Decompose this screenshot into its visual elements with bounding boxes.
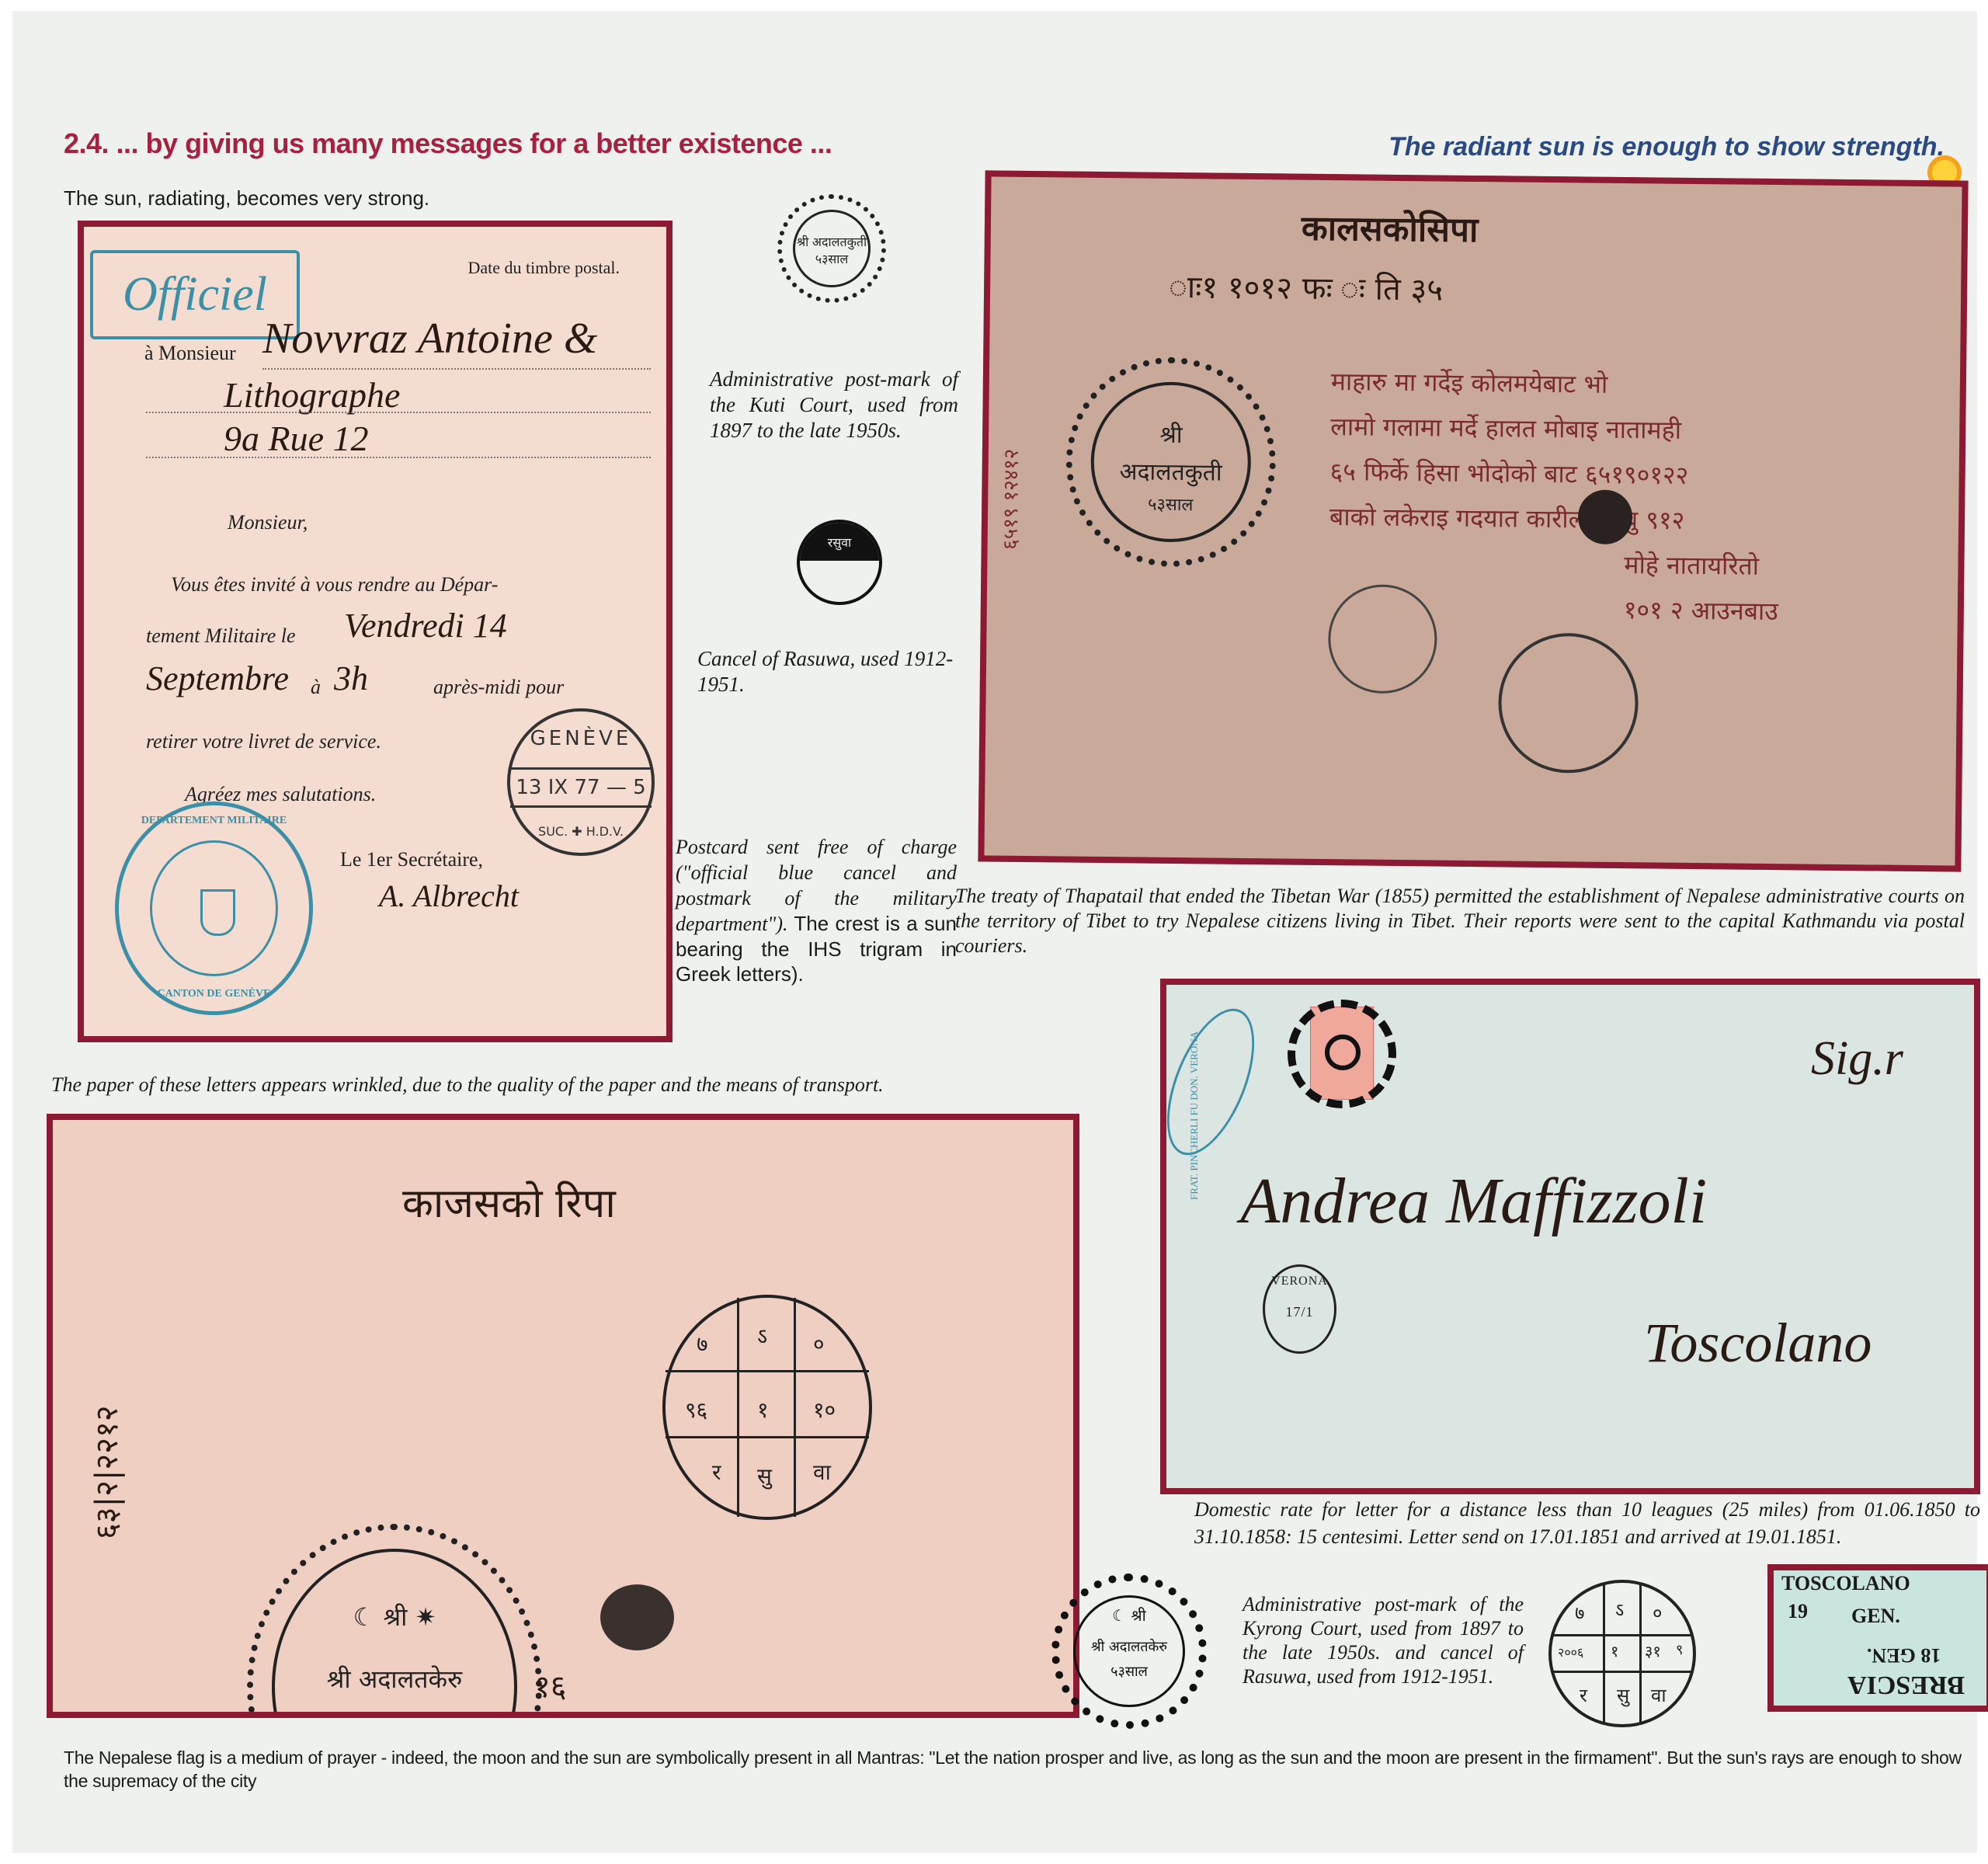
caption-wrinkled: The paper of these letters appears wrink… <box>51 1073 884 1097</box>
body-line-2: tement Militaire le <box>146 624 296 648</box>
footer-note: The Nepalese flag is a medium of prayer … <box>64 1746 1974 1793</box>
section-title: 2.4. ... by giving us many messages for … <box>64 127 832 160</box>
destination: Toscolano <box>1644 1311 1872 1375</box>
tibet-court-cover: कालसकोसिपा ाः१ १०१२ फः ः ति ३५ ६५१९ १२४१… <box>978 170 1968 871</box>
caption-domestic-rate: Domestic rate for letter for a distance … <box>1194 1496 1980 1550</box>
signature-title: Le 1er Secrétaire, <box>340 848 483 871</box>
addressee-name: Andrea Maffizzoli <box>1240 1163 1707 1239</box>
caption-kuti: Administrative post-mark of the Kuti Cou… <box>710 367 958 443</box>
addressee-title: Sig.r <box>1811 1031 1903 1087</box>
faint-cancel <box>1498 632 1639 774</box>
austria-15-centesimi-stamp <box>1310 1007 1374 1100</box>
dotted-line <box>146 457 651 458</box>
section-subtitle: The sun, radiating, becomes very strong. <box>64 186 429 210</box>
dotted-line <box>146 412 651 413</box>
caption-rasuwa: Cancel of Rasuwa, used 1912-1951. <box>697 646 961 697</box>
kuti-court-postmark: श्री अदालतकुती ५३साल <box>777 194 886 303</box>
salutation: Monsieur, <box>228 511 308 534</box>
kyrong-court-cover: काजसको रिपा ६३|२|२२१२ ☾ श्री ✷ श्री अदाल… <box>47 1114 1079 1718</box>
rasuwa-grid-cancel: ७ ऽ ० ९६ १ १० र सु वा <box>662 1295 872 1520</box>
motto-heading: The radiant sun is enough to show streng… <box>1388 132 1945 162</box>
date-label: Date du timbre postal. <box>467 258 620 278</box>
body-line-3-mid: à <box>311 676 321 699</box>
kyrong-court-postmark: ☾ श्री श्री अदालतकेरु ५३साल <box>1051 1574 1207 1729</box>
verona-letter: FRAT. PINCHERLI FU DON. VERONA Sig.r And… <box>1160 979 1980 1494</box>
addressee-prefix: à Monsieur <box>144 342 236 365</box>
signature: A. Albrecht <box>379 878 519 914</box>
kuti-court-seal: श्री अदालतकुती ५३साल <box>1065 356 1277 569</box>
handwritten-hour: 3h <box>334 659 368 698</box>
addressee-street: 9a Rue 12 <box>224 418 369 459</box>
cover-text-lines: माहारु मा गर्देइ कोलमयेबाट भो लामो गलामा… <box>1329 359 1938 635</box>
handwritten-month: Septembre <box>146 659 289 698</box>
body-line-3-suffix: après-midi pour <box>433 676 564 699</box>
toscolano-brescia-postmark: TOSCOLANO 19 GEN. 18 GEN. BRESCIA <box>1767 1564 1988 1712</box>
faint-cancel <box>1328 584 1437 694</box>
sun-crest-icon <box>200 889 235 936</box>
caption-postcard: Postcard sent free of charge ("official … <box>676 834 957 986</box>
handwritten-day: Vendredi 14 <box>344 606 507 645</box>
verona-postmark: VERONA 17/1 <box>1263 1264 1336 1354</box>
rasuwa-cancel: रसुवा <box>797 520 882 605</box>
caption-treaty: The treaty of Thapatail that ended the T… <box>955 884 1965 958</box>
addressee-occupation: Lithographe <box>224 374 400 416</box>
military-department-seal: DEPARTEMENT MILITAIRE CANTON DE GENÈVE <box>115 802 313 1015</box>
geneva-postcard: Officiel Date du timbre postal. à Monsie… <box>78 221 673 1042</box>
rasuwa-grid-cancel: ७ ऽ ० २००६ १ ३१ ९ र सु वा <box>1548 1580 1696 1727</box>
caption-kyrong: Administrative post-mark of the Kyrong C… <box>1242 1592 1524 1688</box>
small-seal <box>1578 489 1633 544</box>
body-line-1: Vous êtes invité à vous rendre au Dépar- <box>171 573 498 596</box>
exhibit-page: 2.4. ... by giving us many messages for … <box>12 11 1977 1853</box>
addressee-name: Novvraz Antoine & <box>262 314 597 363</box>
dotted-line <box>262 368 651 370</box>
small-seal <box>600 1584 674 1650</box>
kyrong-court-seal: ☾ श्री ✷ श्री अदालतकेरु ५३साल <box>247 1524 542 1718</box>
body-line-4: retirer votre livret de service. <box>146 730 381 753</box>
geneve-postmark: GENÈVE 13 IX 77 — 5 SUC. ✚ H.D.V. <box>507 708 655 856</box>
